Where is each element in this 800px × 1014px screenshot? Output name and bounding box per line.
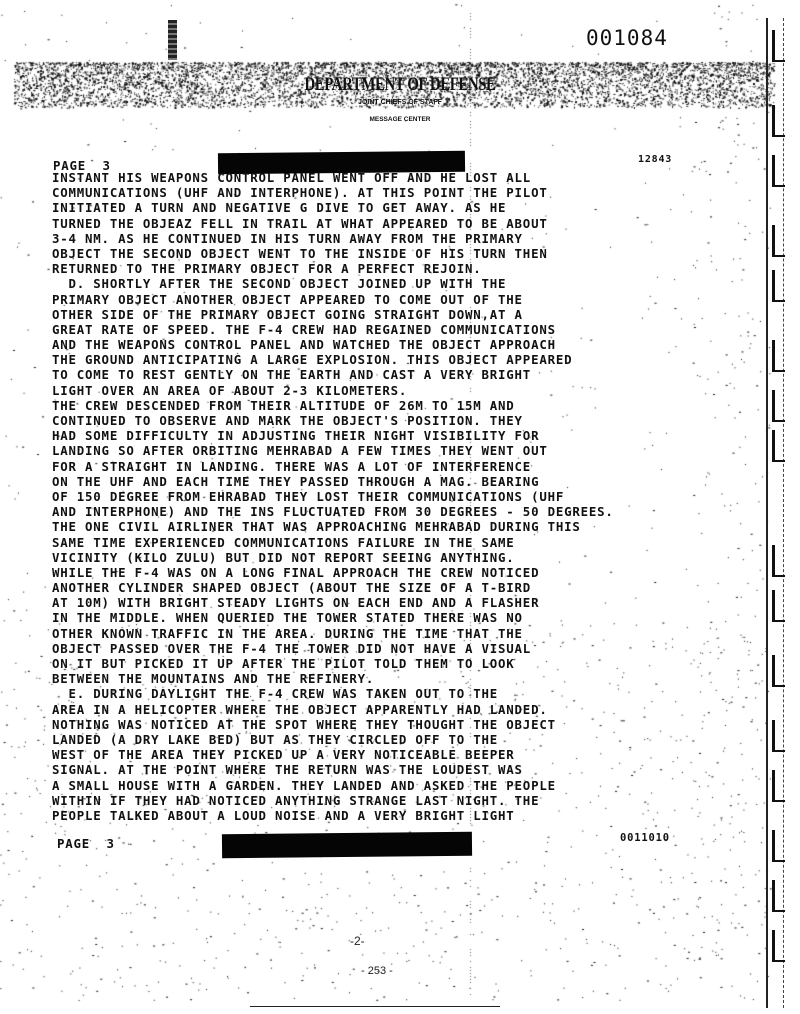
- message-line: OTHER SIDE OF THE PRIMARY OBJECT GOING S…: [52, 307, 614, 322]
- message-line: VICINITY (KILO ZULU) BUT DID NOT REPORT …: [52, 550, 614, 565]
- section-page-number: -2-: [350, 934, 365, 948]
- footer-page-label: PAGE 3: [57, 836, 115, 851]
- message-line: OTHER KNOWN TRAFFIC IN THE AREA. DURING …: [52, 626, 614, 641]
- bottom-rule: [250, 1006, 500, 1007]
- message-line: 3-4 NM. AS HE CONTINUED IN HIS TURN AWAY…: [52, 231, 614, 246]
- message-line: INSTANT HIS WEAPONS CONTROL PANEL WENT O…: [52, 170, 614, 185]
- message-line: ANOTHER CYLINDER SHAPED OBJECT (ABOUT TH…: [52, 580, 614, 595]
- message-line: AND INTERPHONE) AND THE INS FLUCTUATED F…: [52, 504, 614, 519]
- header-office: MESSAGE CENTER: [0, 116, 800, 123]
- edge-tab: [772, 225, 785, 257]
- footer-ref-number: 0011010: [620, 832, 670, 844]
- dtg-code: 12843: [638, 154, 672, 165]
- message-line: NOTHING WAS NOTICED AT THE SPOT WHERE TH…: [52, 717, 614, 732]
- message-line: ON IT BUT PICKED IT UP AFTER THE PILOT T…: [52, 656, 614, 671]
- edge-tab: [772, 30, 785, 62]
- message-line: SIGNAL. AT THE POINT WHERE THE RETURN WA…: [52, 762, 614, 777]
- edge-tab: [772, 155, 785, 187]
- edge-tab: [772, 720, 785, 752]
- message-line: WITHIN IF THEY HAD NOTICED ANYTHING STRA…: [52, 793, 614, 808]
- message-line: E. DURING DAYLIGHT THE F-4 CREW WAS TAKE…: [52, 686, 614, 701]
- edge-tab: [772, 930, 785, 962]
- message-line: FOR A STRAIGHT IN LANDING. THERE WAS A L…: [52, 459, 614, 474]
- message-line: BETWEEN THE MOUNTAINS AND THE REFINERY.: [52, 671, 614, 686]
- message-line: AREA IN A HELICOPTER WHERE THE OBJECT AP…: [52, 702, 614, 717]
- message-line: THE GROUND ANTICIPATING A LARGE EXPLOSIO…: [52, 352, 614, 367]
- edge-tab: [772, 880, 785, 912]
- message-line: D. SHORTLY AFTER THE SECOND OBJECT JOINE…: [52, 276, 614, 291]
- message-line: PRIMARY OBJECT ANOTHER OBJECT APPEARED T…: [52, 292, 614, 307]
- edge-tab: [772, 770, 785, 802]
- edge-tab: [772, 340, 785, 372]
- message-body: INSTANT HIS WEAPONS CONTROL PANEL WENT O…: [52, 170, 614, 823]
- edge-tab: [772, 270, 785, 302]
- message-line: LANDING SO AFTER ORBITING MEHRABAD A FEW…: [52, 443, 614, 458]
- message-line: THE ONE CIVIL AIRLINER THAT WAS APPROACH…: [52, 519, 614, 534]
- message-line: CONTINUED TO OBSERVE AND MARK THE OBJECT…: [52, 413, 614, 428]
- message-line: LIGHT OVER AN AREA OF ABOUT 2-3 KILOMETE…: [52, 383, 614, 398]
- message-line: SAME TIME EXPERIENCED COMMUNICATIONS FAI…: [52, 535, 614, 550]
- message-line: TURNED THE OBJEAZ FELL IN TRAIL AT WHAT …: [52, 216, 614, 231]
- message-line: THE CREW DESCENDED FROM THEIR ALTITUDE O…: [52, 398, 614, 413]
- message-line: PEOPLE TALKED ABOUT A LOUD NOISE AND A V…: [52, 808, 614, 823]
- message-line: TO COME TO REST GENTLY ON THE EARTH AND …: [52, 367, 614, 382]
- message-line: RETURNED TO THE PRIMARY OBJECT FOR A PER…: [52, 261, 614, 276]
- document-page: 001084 DEPARTMENT OF DEFENSE JOINT CHIEF…: [0, 0, 800, 1014]
- message-line: GREAT RATE OF SPEED. THE F-4 CREW HAD RE…: [52, 322, 614, 337]
- edge-tab: [772, 545, 785, 577]
- message-line: OBJECT THE SECOND OBJECT WENT TO THE INS…: [52, 246, 614, 261]
- edge-tab: [772, 830, 785, 862]
- message-line: OF 150 DEGREE FROM EHRABAD THEY LOST THE…: [52, 489, 614, 504]
- edge-tab: [772, 655, 785, 687]
- header-title: DEPARTMENT OF DEFENSE: [88, 74, 712, 96]
- message-line: AND THE WEAPONS CONTROL PANEL AND WATCHE…: [52, 337, 614, 352]
- edge-tab: [772, 105, 785, 137]
- message-line: COMMUNICATIONS (UHF AND INTERPHONE). AT …: [52, 185, 614, 200]
- document-number: 001084: [586, 26, 668, 50]
- message-line: IN THE MIDDLE. WHEN QUERIED THE TOWER ST…: [52, 610, 614, 625]
- redaction-bar-bottom: [222, 832, 472, 859]
- message-line: AT 10M) WITH BRIGHT STEADY LIGHTS ON EAC…: [52, 595, 614, 610]
- edge-tab: [772, 390, 785, 422]
- message-line: HAD SOME DIFFICULTY IN ADJUSTING THEIR N…: [52, 428, 614, 443]
- message-line: OBJECT PASSED OVER THE F-4 THE TOWER DID…: [52, 641, 614, 656]
- message-line: ON THE UHF AND EACH TIME THEY PASSED THR…: [52, 474, 614, 489]
- header-subtitle: JOINT CHIEFS OF STAFF: [0, 99, 800, 106]
- edge-tab: [772, 430, 785, 462]
- message-line: LANDED (A DRY LAKE BED) BUT AS THEY CIRC…: [52, 732, 614, 747]
- message-line: WHILE THE F-4 WAS ON A LONG FINAL APPROA…: [52, 565, 614, 580]
- archive-page-number: - 253 -: [361, 965, 393, 977]
- staple-mark: [168, 20, 177, 60]
- message-line: A SMALL HOUSE WITH A GARDEN. THEY LANDED…: [52, 778, 614, 793]
- message-line: WEST OF THE AREA THEY PICKED UP A VERY N…: [52, 747, 614, 762]
- edge-tab: [772, 590, 785, 622]
- message-line: INITIATED A TURN AND NEGATIVE G DIVE TO …: [52, 200, 614, 215]
